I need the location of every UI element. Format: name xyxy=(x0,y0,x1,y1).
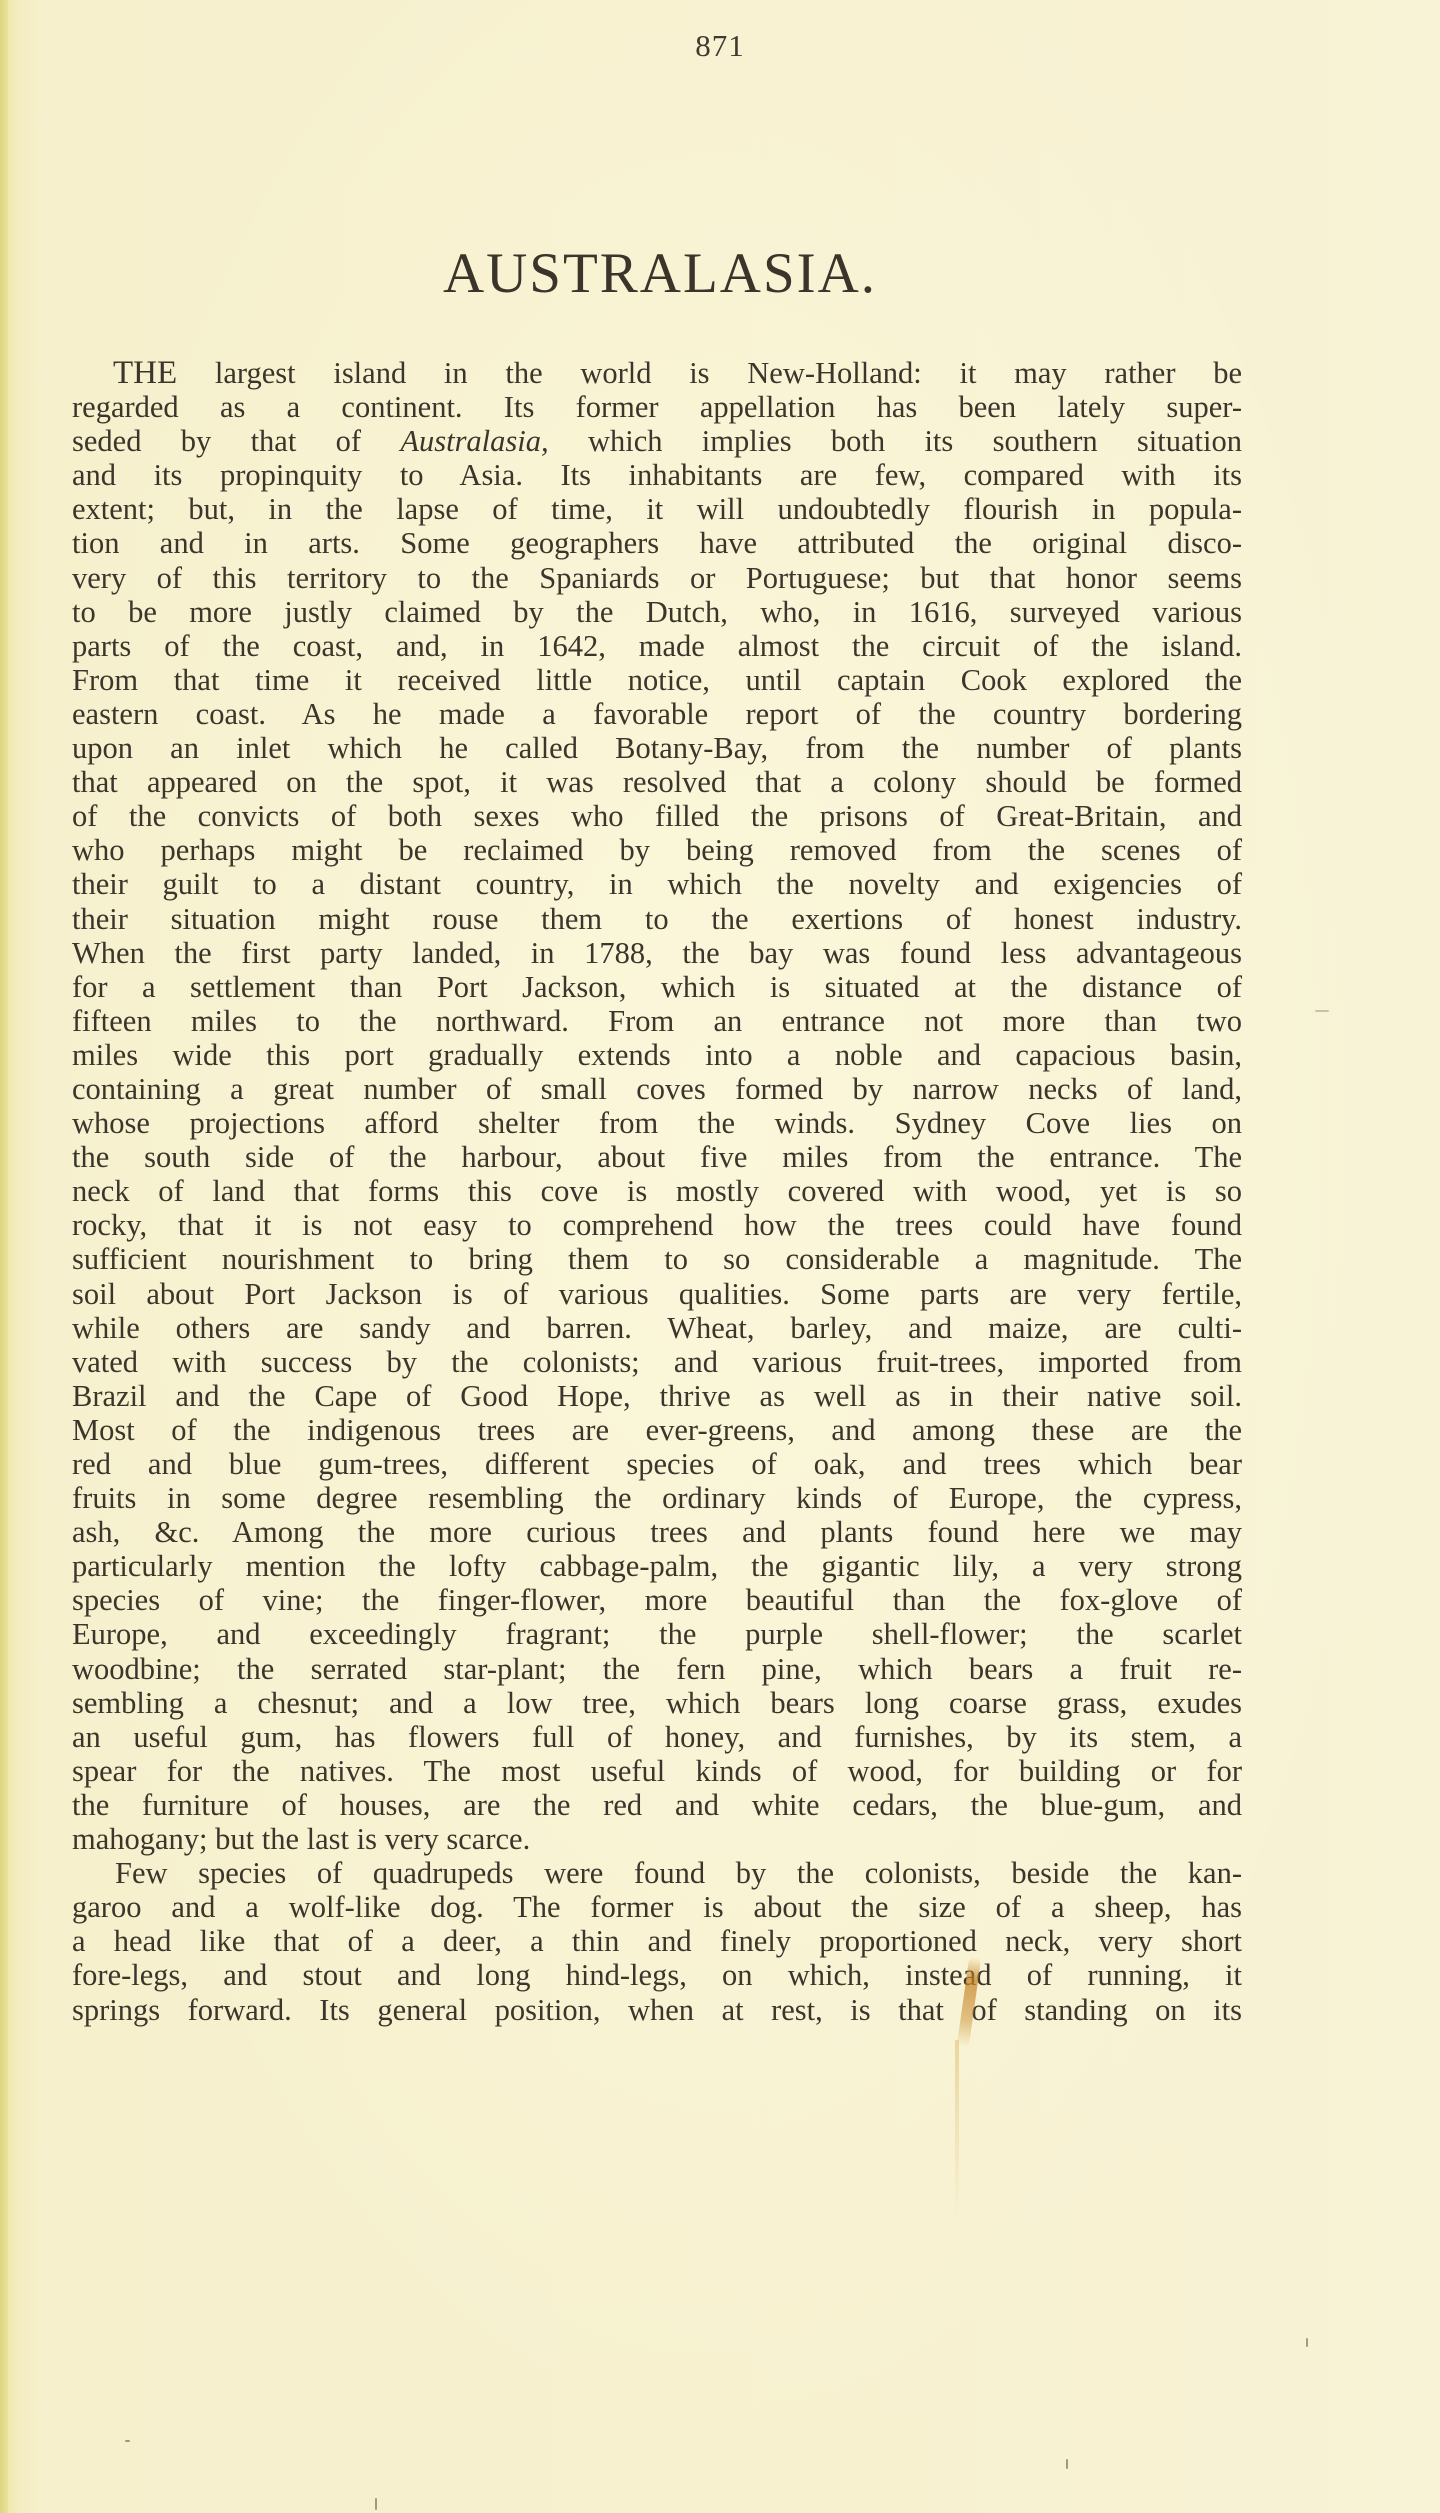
paper-speck xyxy=(125,2440,130,2442)
text-line: of the convicts of both sexes who filled… xyxy=(72,799,1242,833)
text-line: Brazil and the Cape of Good Hope, thrive… xyxy=(72,1379,1242,1413)
text-line: whose projections afford shelter from th… xyxy=(72,1106,1242,1140)
text-line: springs forward. Its general position, w… xyxy=(72,1993,1242,2027)
text-line: extent; but, in the lapse of time, it wi… xyxy=(72,492,1242,526)
text-line: that appeared on the spot, it was resolv… xyxy=(72,765,1242,799)
text-line: eastern coast. As he made a favorable re… xyxy=(72,697,1242,731)
paper-speck xyxy=(1066,2459,1068,2469)
text-line: very of this territory to the Spaniards … xyxy=(72,561,1242,595)
page-number: 871 xyxy=(0,28,1440,64)
text-line: mahogany; but the last is very scarce. xyxy=(72,1822,1242,1856)
text-line: fruits in some degree resembling the ord… xyxy=(72,1481,1242,1515)
text-line: ash, &c. Among the more curious trees an… xyxy=(72,1515,1242,1549)
text-line: regarded as a continent. Its former appe… xyxy=(72,390,1242,424)
text-line: soil about Port Jackson is of various qu… xyxy=(72,1277,1242,1311)
text-line: Europe, and exceedingly fragrant; the pu… xyxy=(72,1617,1242,1651)
paper-speck xyxy=(375,2498,377,2510)
text-line: while others are sandy and barren. Wheat… xyxy=(72,1311,1242,1345)
text-line: rocky, that it is not easy to comprehend… xyxy=(72,1208,1242,1242)
text-line: and its propinquity to Asia. Its inhabit… xyxy=(72,458,1242,492)
text-line: the south side of the harbour, about fiv… xyxy=(72,1140,1242,1174)
text-line: miles wide this port gradually extends i… xyxy=(72,1038,1242,1072)
body-text: THE largest island in the world is New-H… xyxy=(72,356,1242,2027)
paper-speck xyxy=(1315,1010,1329,1012)
opening-caps: THE xyxy=(113,355,177,391)
text-line: spear for the natives. The most useful k… xyxy=(72,1754,1242,1788)
text-line: containing a great number of small coves… xyxy=(72,1072,1242,1106)
text-line: red and blue gum-trees, different specie… xyxy=(72,1447,1242,1481)
text-line: fore-legs, and stout and long hind-legs,… xyxy=(72,1958,1242,1992)
page-edge xyxy=(0,0,8,2513)
text-line: who perhaps might be reclaimed by being … xyxy=(72,833,1242,867)
text-line: parts of the coast, and, in 1642, made a… xyxy=(72,629,1242,663)
text-line: vated with success by the colonists; and… xyxy=(72,1345,1242,1379)
text-line: sembling a chesnut; and a low tree, whic… xyxy=(72,1686,1242,1720)
text-line: upon an inlet which he called Botany-Bay… xyxy=(72,731,1242,765)
page-number-text: 871 xyxy=(695,28,745,63)
stain-trail xyxy=(955,2040,959,2220)
text-line: particularly mention the lofty cabbage-p… xyxy=(72,1549,1242,1583)
text-line: tion and in arts. Some geographers have … xyxy=(72,526,1242,560)
text-line: woodbine; the serrated star-plant; the f… xyxy=(72,1652,1242,1686)
text-line: an useful gum, has flowers full of honey… xyxy=(72,1720,1242,1754)
text-line: sufficient nourishment to bring them to … xyxy=(72,1242,1242,1276)
text-line: for a settlement than Port Jackson, whic… xyxy=(72,970,1242,1004)
text-line: their guilt to a distant country, in whi… xyxy=(72,867,1242,901)
page-title: AUSTRALASIA. xyxy=(0,241,1320,306)
text-line: a head like that of a deer, a thin and f… xyxy=(72,1924,1242,1958)
text-line: When the first party landed, in 1788, th… xyxy=(72,936,1242,970)
text-line: THE largest island in the world is New-H… xyxy=(72,356,1242,390)
italic-term: Australasia, xyxy=(400,424,548,458)
text-line: From that time it received little notice… xyxy=(72,663,1242,697)
text-line: Few species of quadrupeds were found by … xyxy=(72,1856,1242,1890)
paper-speck xyxy=(1306,2338,1308,2347)
text-line: garoo and a wolf-like dog. The former is… xyxy=(72,1890,1242,1924)
text-line: seded by that of Australasia, which impl… xyxy=(72,424,1242,458)
text-line: neck of land that forms this cove is mos… xyxy=(72,1174,1242,1208)
text-line: their situation might rouse them to the … xyxy=(72,902,1242,936)
text-line: to be more justly claimed by the Dutch, … xyxy=(72,595,1242,629)
text-line: species of vine; the finger-flower, more… xyxy=(72,1583,1242,1617)
text-line: the furniture of houses, are the red and… xyxy=(72,1788,1242,1822)
text-line: fifteen miles to the northward. From an … xyxy=(72,1004,1242,1038)
text-line: Most of the indigenous trees are ever-gr… xyxy=(72,1413,1242,1447)
